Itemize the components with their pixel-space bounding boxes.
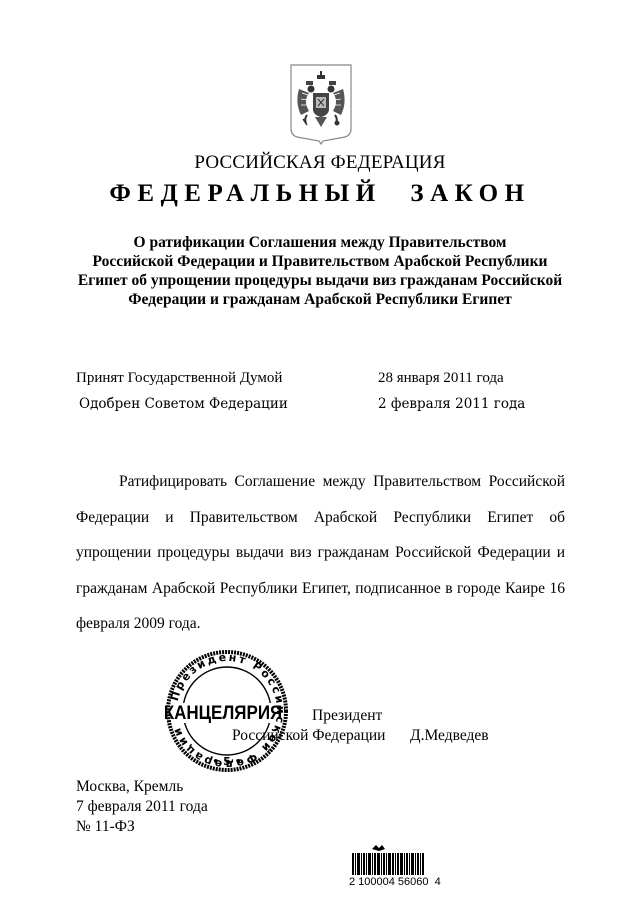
signatory-title-line2: Российской Федерации bbox=[232, 727, 385, 745]
adoption-date: 2 февраля 2011 года bbox=[378, 396, 525, 412]
svg-text:• 5 •: • 5 • bbox=[212, 755, 241, 768]
country-heading: РОССИЙСКАЯ ФЕДЕРАЦИЯ bbox=[0, 152, 640, 174]
subject-line: Российской Федерации и Правительством Ар… bbox=[60, 252, 580, 271]
law-subject-title: О ратификации Соглашения между Правитель… bbox=[60, 233, 580, 309]
stamp-center-text: КАНЦЕЛЯРИЯ bbox=[165, 701, 282, 723]
adoption-label: Одобрен Советом Федерации bbox=[79, 396, 288, 412]
document-type-heading: ФЕДЕРАЛЬНЫЙ ЗАКОН bbox=[0, 180, 640, 208]
adoption-date: 28 января 2011 года bbox=[378, 370, 504, 387]
signing-info: Москва, Кремль 7 февраля 2011 года № 11-… bbox=[76, 777, 208, 837]
signing-date: 7 февраля 2011 года bbox=[76, 797, 208, 817]
subject-line: Федерации и гражданам Арабской Республик… bbox=[60, 290, 580, 309]
barcode-number: 2 100004 56060 4 bbox=[349, 876, 441, 888]
signatory-title-line1: Президент bbox=[312, 707, 382, 725]
law-body-paragraph: Ратифицировать Соглашение между Правител… bbox=[76, 464, 565, 642]
signing-place: Москва, Кремль bbox=[76, 777, 208, 797]
subject-line: Египет об упрощении процедуры выдачи виз… bbox=[60, 271, 580, 290]
stamp-number: 5 bbox=[223, 755, 231, 768]
subject-line: О ратификации Соглашения между Правитель… bbox=[60, 233, 580, 252]
law-number: № 11-ФЗ bbox=[76, 817, 208, 837]
signatory-name: Д.Медведев bbox=[410, 727, 489, 745]
adoption-label: Принят Государственной Думой bbox=[76, 370, 282, 387]
russian-coat-of-arms-icon bbox=[289, 63, 353, 145]
official-stamp: Президент Российской Федерации • 5 • КАН… bbox=[165, 649, 289, 773]
